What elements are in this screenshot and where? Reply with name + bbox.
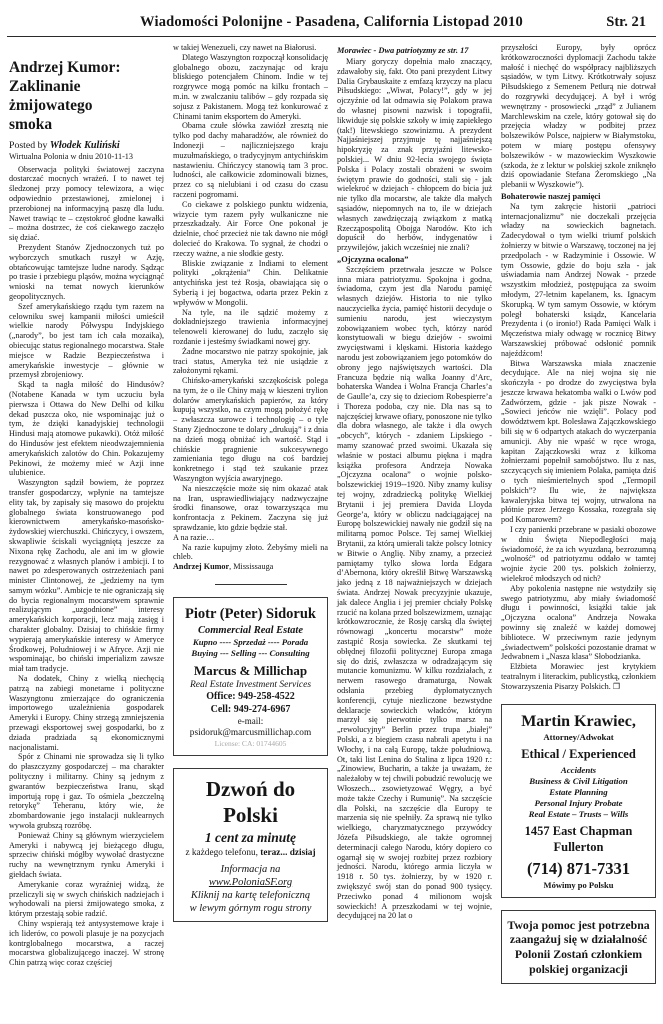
- ad-krawiec-practice-estate: Estate Planning: [506, 787, 651, 798]
- ad-call-poland: Dzwoń do Polski 1 cent za minutę z każde…: [173, 768, 328, 922]
- article-body-col3: Miary goryczy dopełnia mało znaczący, zd…: [337, 57, 492, 921]
- newspaper-title: Wiadomości Polonijne - Pasadena, Califor…: [87, 14, 576, 31]
- ad-call-poland-title: Dzwoń do Polski: [178, 776, 323, 829]
- article-body-col4: przyszłości Europy, były oprócz krótkowz…: [501, 43, 656, 692]
- ad-sidoruk-tagline: Commercial Real Estate: [178, 624, 323, 637]
- paragraph: przyszłości Europy, były oprócz krótkowz…: [501, 43, 656, 190]
- ad-call-poland-from: z każdego telefonu, teraz... dzisiaj: [178, 848, 323, 860]
- ad-krawiec-address-city: Fullerton: [506, 840, 651, 856]
- ad-sidoruk-company: Marcus & Millichap: [178, 663, 323, 679]
- ad-sidoruk-name: Piotr (Peter) Sidoruk: [178, 605, 323, 623]
- ad-sidoruk-email: psidoruk@marcusmillichap.com: [178, 728, 323, 740]
- ad-sidoruk-services-pl: Kupno ---- Sprzedaż ---- Porada: [178, 637, 323, 648]
- ad-krawiec-practice-realestate: Real Estate – Trusts – Wills: [506, 809, 651, 820]
- ad-call-poland-url: www.PoloniaSF.org: [178, 876, 323, 889]
- paragraph: Skąd ta nagła miłość do Hindusów? (Notab…: [9, 380, 164, 478]
- paragraph: Na dodatek, Chiny z wielką niechęcią pat…: [9, 674, 164, 752]
- ad-sidoruk-services-en: Buying --- Selling --- Consulting: [178, 648, 323, 659]
- article-body-col2: w takiej Wenezueli, czy nawet na Białoru…: [173, 43, 328, 572]
- column-3: Morawiec - Dwa patriotyzmy ze str. 17 Mi…: [337, 43, 492, 921]
- ad-krawiec-practice-litigation: Business & Civil Litigation: [506, 776, 651, 787]
- paragraph: Chińsko-amerykański szczękościsk polega …: [173, 376, 328, 484]
- column-1: Andrzej Kumor: Zaklinanie żmijowatego sm…: [9, 43, 164, 968]
- column-4: przyszłości Europy, były oprócz krótkowz…: [501, 43, 656, 984]
- source-line: Wirtualna Polonia w dniu 2010-11-13: [9, 152, 164, 161]
- paragraph: Aby pokolenia następne nie wstydziły się…: [501, 584, 656, 662]
- article-title-kumor: Andrzej Kumor: Zaklinanie żmijowatego sm…: [9, 59, 164, 135]
- ad-call-poland-instruction-2: w lewym górnym rogu strony: [178, 902, 323, 915]
- article-end-divider: [215, 584, 287, 585]
- subheading: Bohaterowie naszej pamięci: [501, 192, 656, 202]
- ad-krawiec-practice-injury: Personal Injury Probate: [506, 798, 651, 809]
- author-name: Włodek Kuliński: [50, 140, 120, 151]
- paragraph: Ponieważ Chiny są głównym wierzycielem A…: [9, 831, 164, 880]
- ad-sidoruk-real-estate: Piotr (Peter) Sidoruk Commercial Real Es…: [173, 597, 328, 756]
- ad-call-poland-price: 1 cent za minutę: [178, 830, 323, 847]
- ad-krawiec-name: Martin Krawiec,: [506, 712, 651, 732]
- paragraph: A na razie…: [173, 533, 328, 543]
- paragraph: Amerykanie coraz wyraźniej widzą, że prz…: [9, 880, 164, 919]
- paragraph: Andrzej Kumor, Mississauga: [173, 562, 328, 572]
- ad-sidoruk-company-sub: Real Estate Investment Services: [178, 680, 323, 692]
- ad-krawiec-attorney: Martin Krawiec, Attorney/Adwokat Ethical…: [501, 704, 656, 898]
- ad-call-poland-info: Informacja na: [178, 863, 323, 876]
- paragraph: Na nieszczęście może się nim okazać atak…: [173, 484, 328, 533]
- byline-prefix: Posted by: [9, 140, 50, 151]
- paragraph: w takiej Wenezueli, czy nawet na Białoru…: [173, 43, 328, 53]
- paragraph: Miary goryczy dopełnia mało znaczący, zd…: [337, 57, 492, 253]
- paragraph: Szczęściem przetrwała jeszcze w Polsce i…: [337, 265, 492, 921]
- paragraph: Waszyngton sądził bowiem, że poprzez tra…: [9, 478, 164, 674]
- ad-sidoruk-email-label: e-mail:: [178, 716, 323, 727]
- paragraph: Dlatego Waszyngton rozpoczął konsolidacj…: [173, 53, 328, 122]
- paragraph: Chiny wspierają też antysystemowe kraje …: [9, 919, 164, 968]
- ad-krawiec-address-street: 1457 East Chapman: [506, 824, 651, 840]
- ad-sidoruk-license: License: CA: 01744605: [178, 739, 323, 748]
- paragraph: Bliskie związanie z Indiami to element p…: [173, 259, 328, 308]
- paragraph: Obama czułe słówka zawiózł zresztą nie t…: [173, 121, 328, 199]
- ad-call-poland-instruction-1: Kliknij na kartę telefoniczną: [178, 889, 323, 902]
- paragraph: Obserwacja polityki światowej zaczyna do…: [9, 165, 164, 243]
- paragraph: Elżbieta Morawiec jest krytykiem teatral…: [501, 662, 656, 691]
- ad-call-poland-from-prefix: z każdego telefonu,: [185, 848, 260, 858]
- ad-krawiec-title: Attorney/Adwokat: [506, 732, 651, 743]
- column-layout: Andrzej Kumor: Zaklinanie żmijowatego sm…: [5, 37, 658, 984]
- paragraph: Żadne mocarstwo nie patrzy spokojnie, ja…: [173, 347, 328, 376]
- paragraph: Szef amerykańskiego rządu tym razem na c…: [9, 302, 164, 380]
- paragraph: Spór z Chinami nie sprowadza się li tylk…: [9, 752, 164, 830]
- continuation-header: Morawiec - Dwa patriotyzmy ze str. 17: [337, 46, 492, 55]
- subheading: „Ojczyzna ocalona”: [337, 255, 492, 265]
- ad-polonia-appeal: Twoja pomoc jest potrzebna zaangażuj się…: [501, 910, 656, 984]
- ad-sidoruk-office-phone: Office: 949-258-4522: [178, 691, 323, 704]
- ad-krawiec-practice-accidents: Accidents: [506, 765, 651, 776]
- paragraph: Na razie kupujmy złoto. Żebyśmy mieli na…: [173, 543, 328, 563]
- paragraph: Na tyle, na ile sądzić możemy z dokładni…: [173, 308, 328, 347]
- byline: Posted by Włodek Kuliński: [9, 140, 164, 151]
- page-number: Str. 21: [576, 14, 646, 31]
- column-2: w takiej Wenezueli, czy nawet na Białoru…: [173, 43, 328, 922]
- ad-polonia-appeal-text: Twoja pomoc jest potrzebna zaangażuj się…: [506, 918, 651, 977]
- paragraph: Co ciekawe z polskiego punktu widzenia, …: [173, 200, 328, 259]
- paragraph: Bitwa Warszawska miała znaczenie decyduj…: [501, 359, 656, 526]
- ad-krawiec-language-note: Mówimy po Polsku: [506, 880, 651, 891]
- paragraph: Prezydent Stanów Zjednoczonych tuż po wy…: [9, 243, 164, 302]
- masthead: Wiadomości Polonijne - Pasadena, Califor…: [7, 8, 656, 37]
- ad-sidoruk-cell-phone: Cell: 949-274-6967: [178, 704, 323, 717]
- ad-krawiec-phone: (714) 871-7331: [506, 859, 651, 880]
- ad-krawiec-motto: Ethical / Experienced: [506, 747, 651, 763]
- ad-call-poland-from-bold: teraz... dzisiaj: [260, 848, 315, 858]
- newspaper-page: Wiadomości Polonijne - Pasadena, Califor…: [0, 0, 663, 1024]
- article-body-col1: Obserwacja polityki światowej zaczyna do…: [9, 165, 164, 968]
- paragraph: Na tym zakręcie historii „patrioci inter…: [501, 202, 656, 359]
- paragraph: I czy panienki przebrane w pasiaki obozo…: [501, 525, 656, 584]
